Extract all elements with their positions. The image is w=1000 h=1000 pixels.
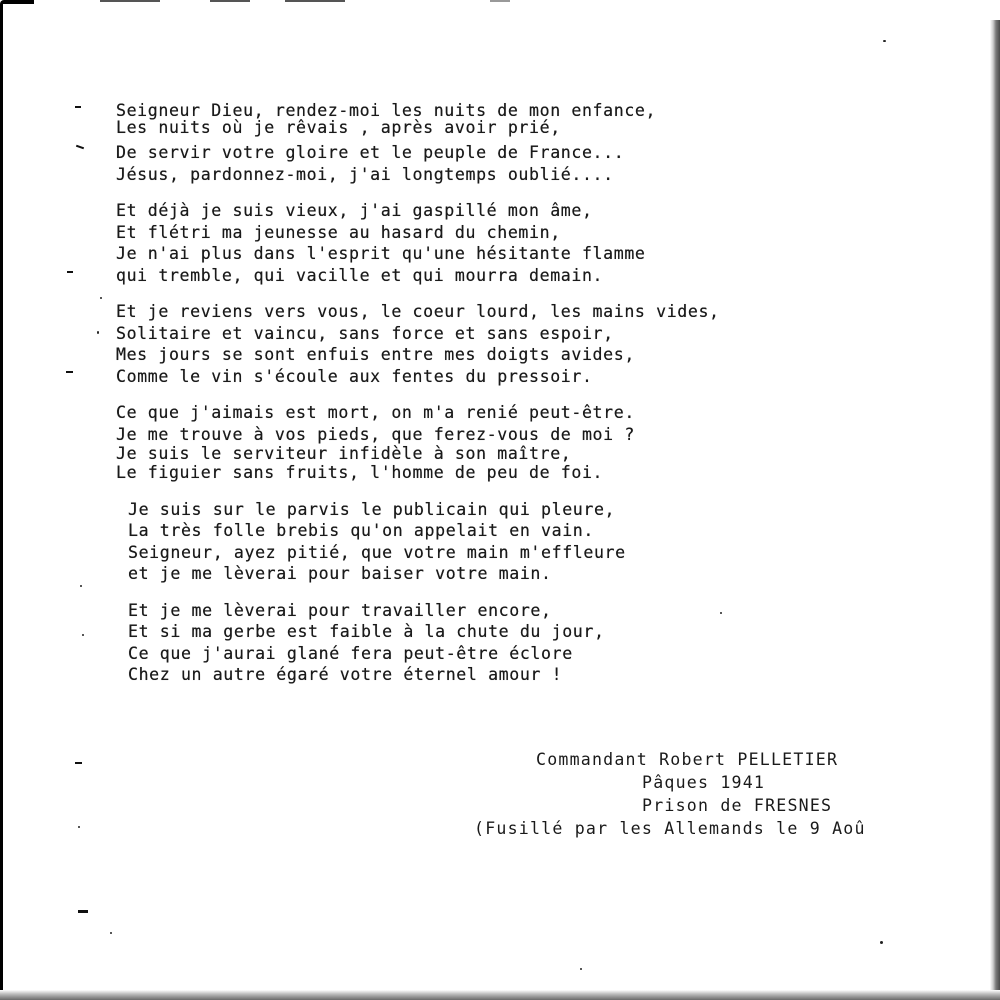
poem-line: Ce que j'aurai glané fera peut-être éclo… [128, 643, 720, 665]
margin-mark [75, 106, 81, 108]
margin-mark [75, 762, 82, 764]
poem-line: Seigneur Dieu, rendez-moi les nuits de m… [116, 102, 720, 119]
signature-date: Pâques 1941 [470, 771, 866, 794]
poem-line: et je me lèverai pour baiser votre main. [128, 563, 720, 585]
margin-mark [78, 910, 88, 913]
stanza: Et je me lèverai pour travailler encore,… [128, 600, 720, 686]
margin-mark [66, 371, 73, 373]
author-name: Commandant Robert PELLETIER [470, 748, 866, 771]
scanned-page: Seigneur Dieu, rendez-moi les nuits de m… [0, 0, 1000, 1000]
scan-speck [100, 297, 102, 299]
signature-block: Commandant Robert PELLETIER Pâques 1941 … [470, 748, 866, 840]
poem-line: Mes jours se sont enfuis entre mes doigt… [116, 344, 720, 366]
poem-line: Je suis le serviteur infidèle à son maît… [116, 445, 720, 462]
poem-line: Je suis sur le parvis le publicain qui p… [128, 499, 720, 521]
margin-mark [67, 271, 73, 273]
stanza: Et déjà je suis vieux, j'ai gaspillé mon… [116, 200, 720, 286]
scan-border-right [990, 20, 1000, 1000]
scan-speck [97, 331, 99, 334]
poem-line: Les nuits où je rêvais , après avoir pri… [116, 119, 720, 136]
scan-speck [78, 826, 80, 828]
poem-line: Comme le vin s'écoule aux fentes du pres… [116, 366, 720, 388]
poem-line: Et si ma gerbe est faible à la chute du … [128, 621, 720, 643]
scan-border-top [0, 0, 34, 4]
scan-border-left [0, 4, 3, 1000]
scan-speck [82, 634, 84, 636]
scan-smudges-top [100, 0, 520, 3]
poem-line: Ce que j'aimais est mort, on m'a renié p… [116, 402, 720, 424]
scan-speck [883, 40, 886, 42]
stanza: Je suis sur le parvis le publicain qui p… [128, 499, 720, 585]
scan-speck [880, 941, 883, 944]
scan-speck [80, 585, 82, 587]
scan-speck [720, 612, 722, 614]
signature-note: (Fusillé par les Allemands le 9 Aoû [470, 817, 866, 840]
scan-speck [110, 932, 112, 934]
scan-speck [580, 968, 582, 970]
poem-line: Solitaire et vaincu, sans force et sans … [116, 323, 720, 345]
margin-mark [76, 145, 84, 150]
poem-line: Je me trouve à vos pieds, que ferez-vous… [116, 424, 720, 446]
stanza: Et je reviens vers vous, le coeur lourd,… [116, 301, 720, 387]
poem-line: Je n'ai plus dans l'esprit qu'une hésita… [116, 243, 720, 265]
poem-line: Jésus, pardonnez-moi, j'ai longtemps oub… [116, 164, 720, 186]
poem-line: Seigneur, ayez pitié, que votre main m'e… [128, 542, 720, 564]
poem-line: Et déjà je suis vieux, j'ai gaspillé mon… [116, 200, 720, 222]
poem-line: Chez un autre égaré votre éternel amour … [128, 664, 720, 686]
poem-line: Et flétri ma jeunesse au hasard du chemi… [116, 222, 720, 244]
poem-line: Le figuier sans fruits, l'homme de peu d… [116, 462, 720, 484]
poem-line: qui tremble, qui vacille et qui mourra d… [116, 265, 720, 287]
poem-line: Et je reviens vers vous, le coeur lourd,… [116, 301, 720, 323]
stanza: Seigneur Dieu, rendez-moi les nuits de m… [116, 102, 720, 185]
signature-place: Prison de FRESNES [470, 794, 866, 817]
poem-line: La très folle brebis qu'on appelait en v… [128, 520, 720, 542]
poem-line: Et je me lèverai pour travailler encore, [128, 600, 720, 622]
scan-border-bottom [0, 990, 1000, 1000]
poem-line: De servir votre gloire et le peuple de F… [116, 142, 720, 164]
stanza: Ce que j'aimais est mort, on m'a renié p… [116, 402, 720, 484]
poem: Seigneur Dieu, rendez-moi les nuits de m… [116, 102, 720, 701]
